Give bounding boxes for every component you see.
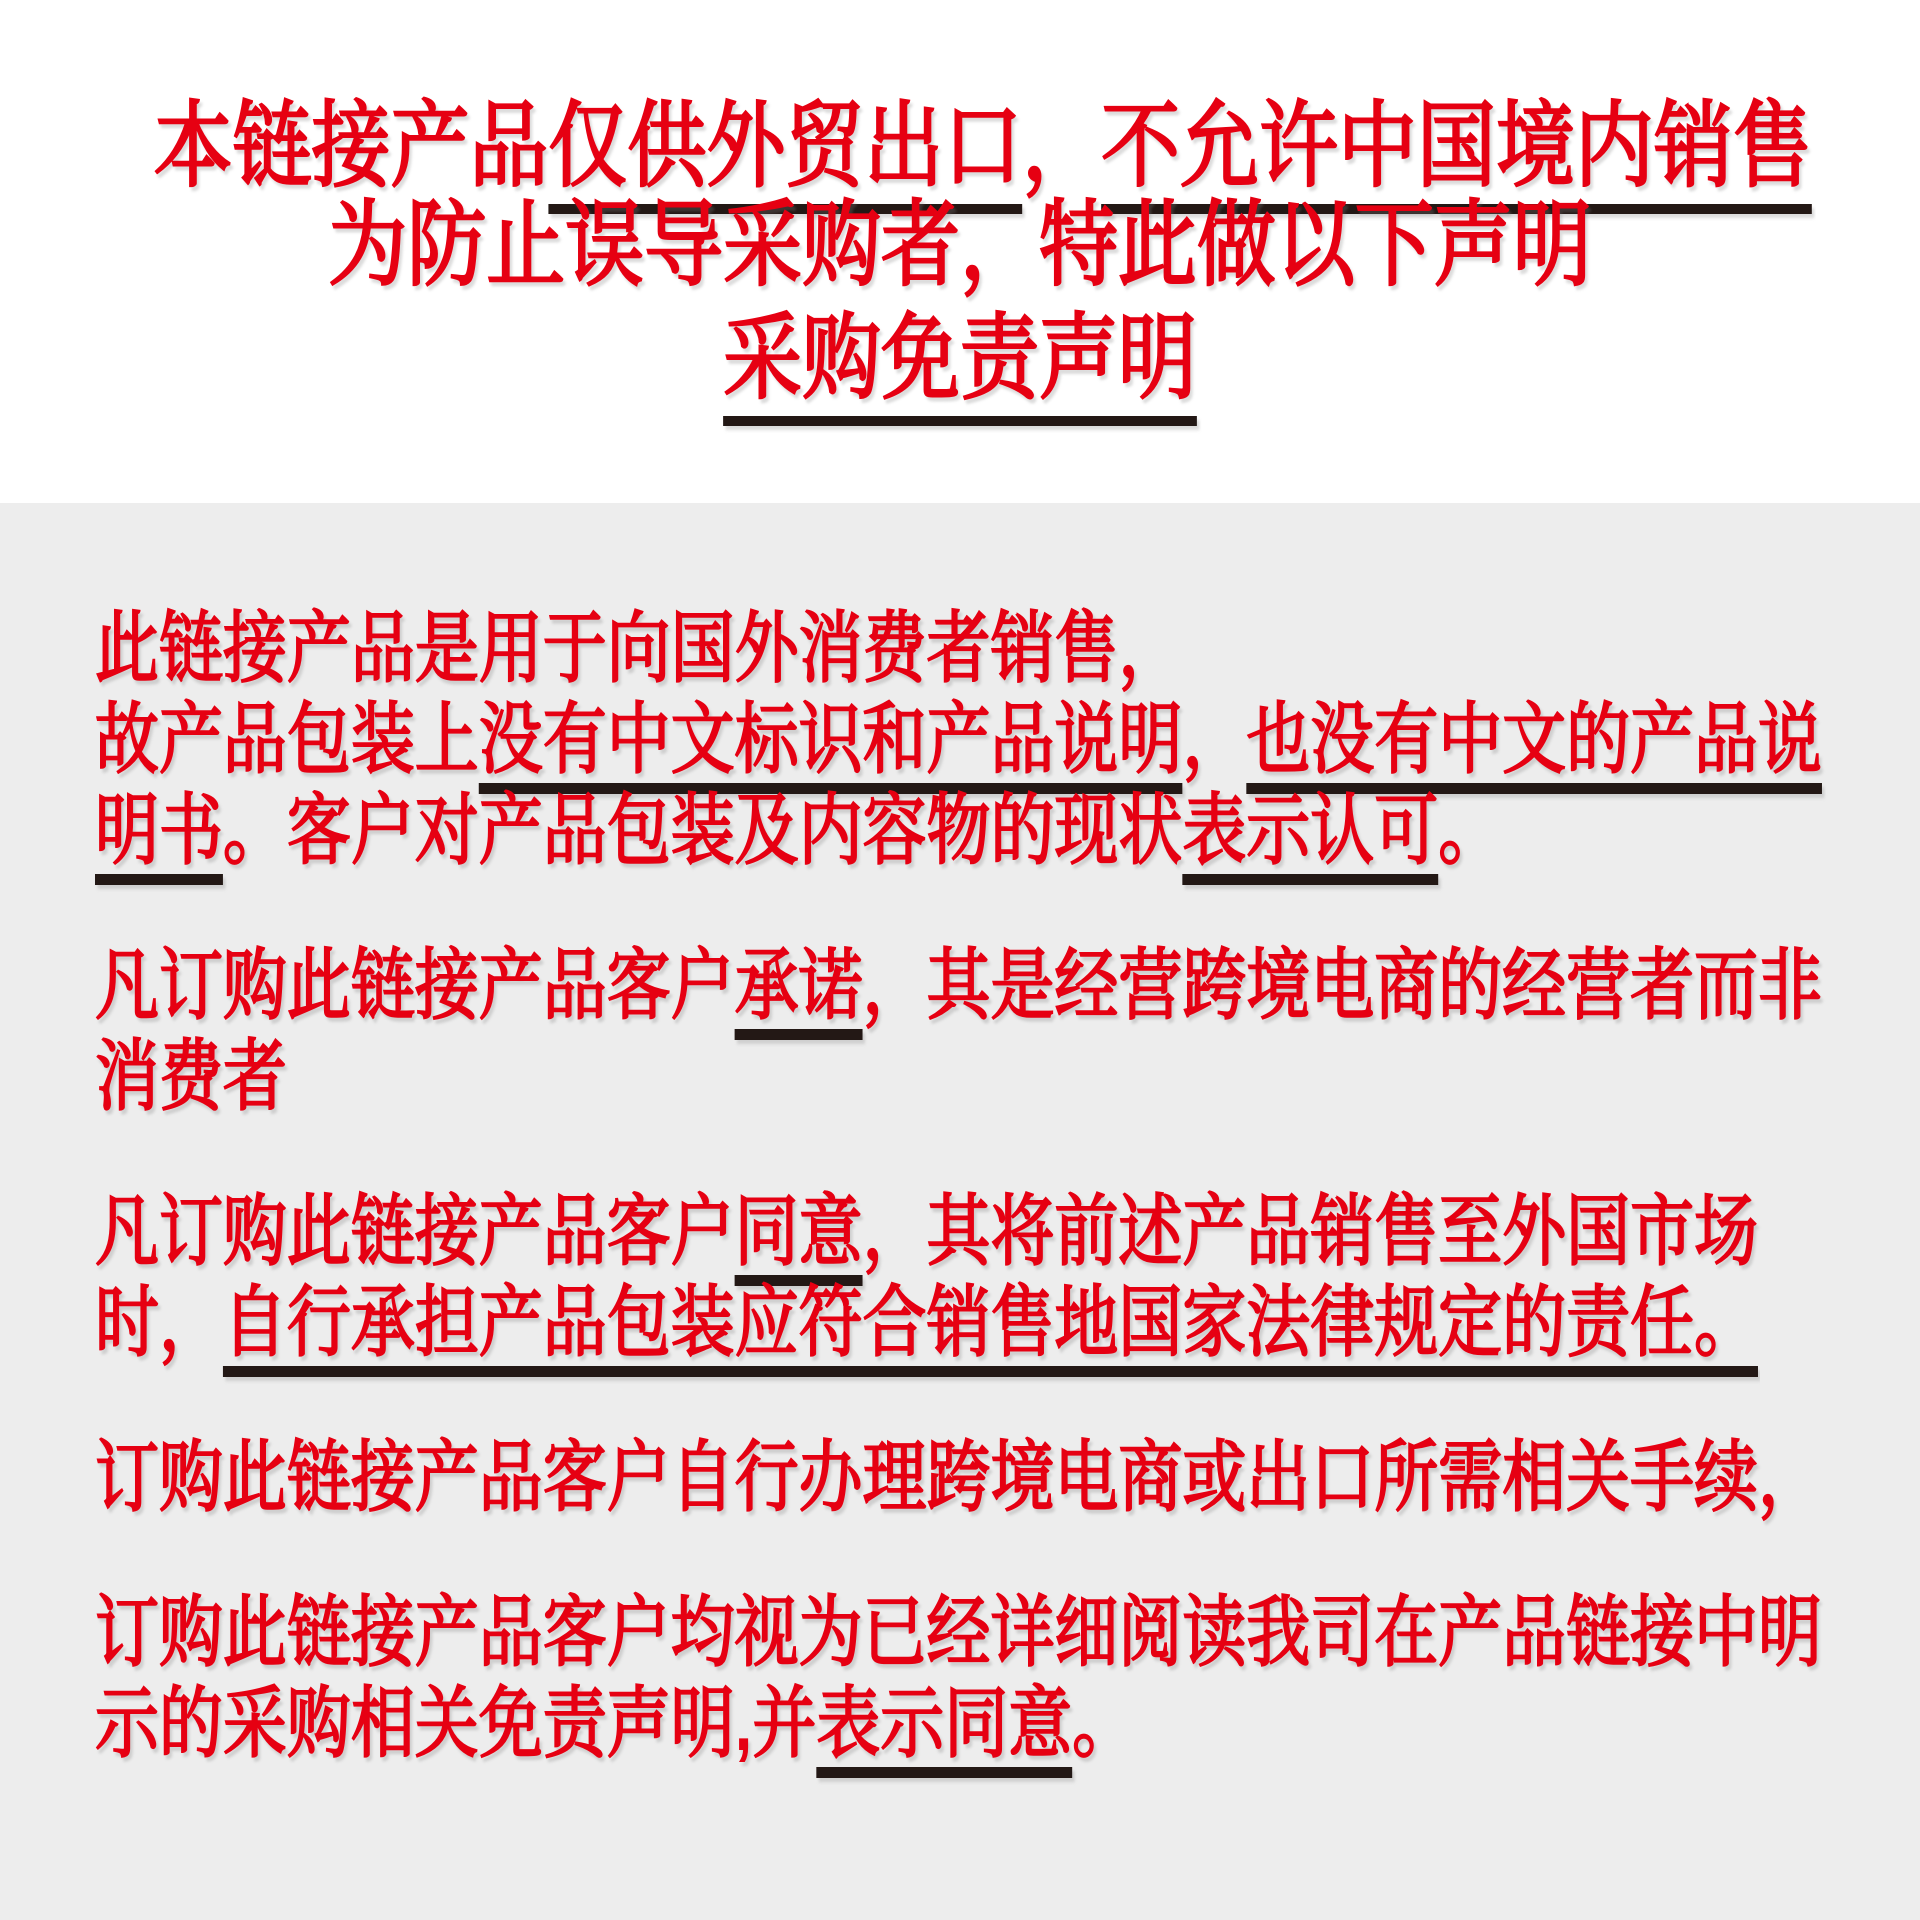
paragraph-customer-promise-business-operator: 凡订购此链接产品客户承诺，其是经营跨境电商的经营者而非消费者 xyxy=(95,940,1825,1122)
paragraph-line: 订购此链接产品客户均视为已经详细阅读我司在产品链接中明 xyxy=(95,1587,1514,1678)
text-phrase: 为防止误导采购者，特此做以下声明 xyxy=(328,192,1591,297)
text-phrase: 消费者 xyxy=(95,1032,287,1120)
underlined-phrase: 不允许中国境内销售 xyxy=(1101,93,1812,198)
text-phrase: ， xyxy=(1022,93,1101,198)
paragraph-customer-read-and-agree: 订购此链接产品客户均视为已经详细阅读我司在产品链接中明示的采购相关免责声明,并表… xyxy=(95,1587,1825,1769)
disclaimer-poster: 本链接产品仅供外贸出口，不允许中国境内销售为防止误导采购者，特此做以下声明采购免… xyxy=(0,0,1920,1920)
paragraph-line: 时，自行承担产品包装应符合销售地国家法律规定的责任。 xyxy=(95,1277,1514,1368)
underlined-phrase: 采购免责声明 xyxy=(723,305,1197,410)
paragraph-line: 示的采购相关免责声明,并表示同意。 xyxy=(95,1678,1514,1769)
text-phrase: ， xyxy=(1182,695,1246,783)
text-phrase: 。客户对产品包装及内容物的现状 xyxy=(223,786,1182,874)
text-phrase: 订购此链接产品客户自行办理跨境电商或出口所需相关手续， xyxy=(95,1433,1822,1521)
underlined-phrase: 自行承担产品包装应符合销售地国家法律规定的责任。 xyxy=(223,1278,1758,1366)
text-phrase: 示的采购相关免责声明,并 xyxy=(95,1679,816,1767)
text-phrase: 订购此链接产品客户均视为已经详细阅读我司在产品链接中明 xyxy=(95,1588,1822,1676)
paragraph-customer-handle-export-procedures: 订购此链接产品客户自行办理跨境电商或出口所需相关手续， xyxy=(95,1432,1825,1523)
underlined-phrase: 表示认可 xyxy=(1182,786,1438,874)
paragraph-line: 此链接产品是用于向国外消费者销售， xyxy=(95,603,1514,694)
header-line-export-only: 本链接产品仅供外贸出口，不允许中国境内销售 xyxy=(154,96,1767,195)
text-phrase: 本链接产品 xyxy=(154,93,549,198)
paragraph-customer-agree-foreign-market-responsibility: 凡订购此链接产品客户同意，其将前述产品销售至外国市场时，自行承担产品包装应符合销… xyxy=(95,1186,1825,1368)
header-line-disclaimer-title: 采购免责声明 xyxy=(154,308,1767,407)
underlined-phrase: 仅供外贸出口 xyxy=(548,93,1022,198)
underlined-phrase: 同意 xyxy=(735,1187,863,1275)
text-phrase: 故产品包装上 xyxy=(95,695,479,783)
underlined-phrase: 没有中文标识和产品说明 xyxy=(479,695,1183,783)
text-phrase: 凡订购此链接产品客户 xyxy=(95,941,735,1029)
underlined-phrase: 表示同意 xyxy=(816,1679,1072,1767)
text-phrase: ，其是经营跨境电商的经营者而非 xyxy=(863,941,1822,1029)
text-phrase: 凡订购此链接产品客户 xyxy=(95,1187,735,1275)
underlined-phrase: 承诺 xyxy=(735,941,863,1029)
text-phrase: 此链接产品是用于向国外消费者销售， xyxy=(95,604,1182,692)
paragraph-line: 故产品包装上没有中文标识和产品说明，也没有中文的产品说 xyxy=(95,694,1514,785)
underlined-phrase: 也没有中文的产品说 xyxy=(1246,695,1822,783)
header-line-prevent-misleading: 为防止误导采购者，特此做以下声明 xyxy=(154,195,1767,294)
header-section: 本链接产品仅供外贸出口，不允许中国境内销售为防止误导采购者，特此做以下声明采购免… xyxy=(0,0,1920,503)
paragraph-line: 凡订购此链接产品客户同意，其将前述产品销售至外国市场 xyxy=(95,1186,1514,1277)
text-phrase: 。 xyxy=(1072,1679,1136,1767)
paragraph-line: 明书。客户对产品包装及内容物的现状表示认可。 xyxy=(95,785,1514,876)
text-phrase: 。 xyxy=(1438,786,1502,874)
paragraph-line: 订购此链接产品客户自行办理跨境电商或出口所需相关手续， xyxy=(95,1432,1514,1523)
paragraph-line: 凡订购此链接产品客户承诺，其是经营跨境电商的经营者而非 xyxy=(95,940,1514,1031)
underlined-phrase: 明书 xyxy=(95,786,223,874)
disclaimer-body-section: 此链接产品是用于向国外消费者销售，故产品包装上没有中文标识和产品说明，也没有中文… xyxy=(0,503,1920,1920)
text-phrase: 时， xyxy=(95,1278,223,1366)
text-phrase: ，其将前述产品销售至外国市场 xyxy=(863,1187,1758,1275)
paragraph-overseas-sale-no-chinese-label: 此链接产品是用于向国外消费者销售，故产品包装上没有中文标识和产品说明，也没有中文… xyxy=(95,603,1825,876)
paragraph-line: 消费者 xyxy=(95,1031,1514,1122)
